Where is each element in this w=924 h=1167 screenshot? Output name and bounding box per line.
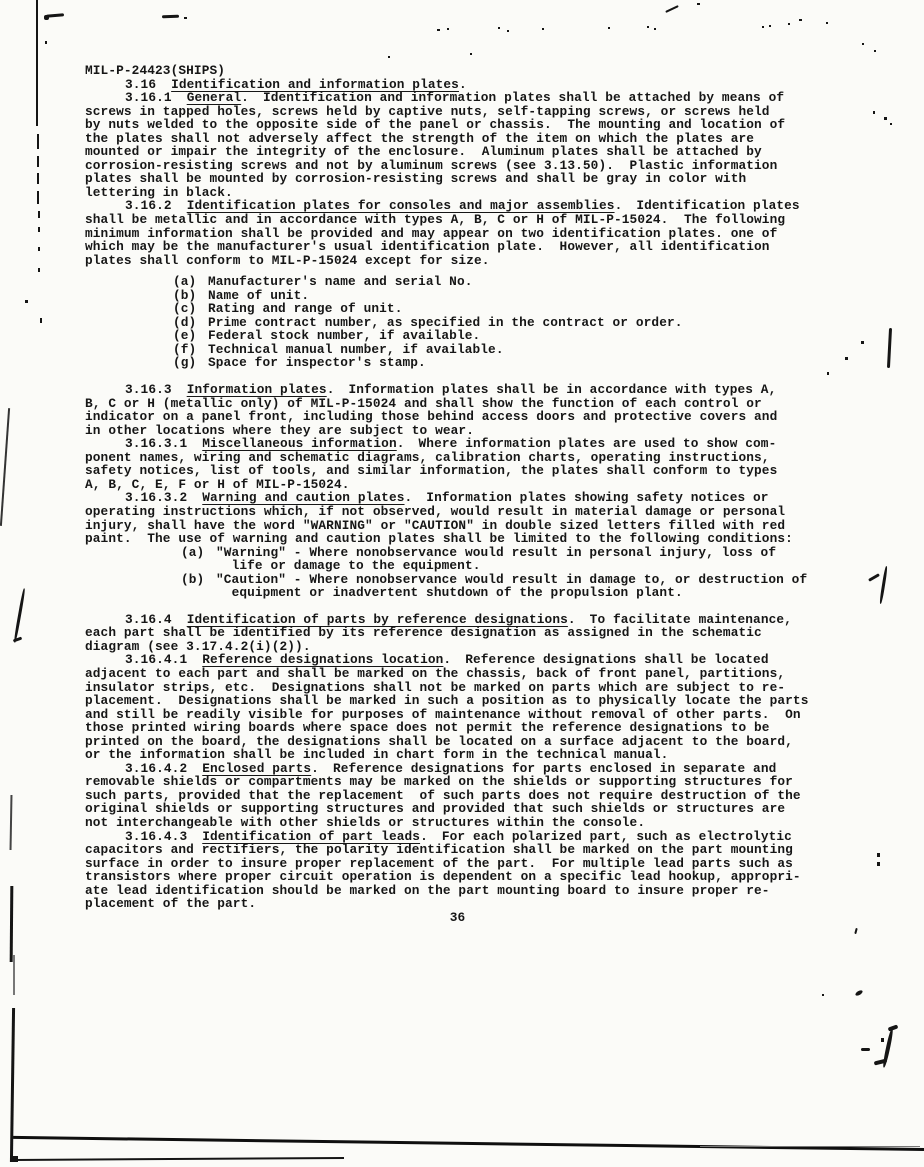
scan-mark: [845, 357, 848, 360]
scan-mark: [881, 1038, 884, 1042]
scan-mark: [647, 26, 649, 28]
scan-mark: [665, 5, 679, 13]
scan-mark: [888, 1024, 899, 1031]
list-item-marker: (d): [173, 316, 208, 330]
scan-mark: [874, 50, 876, 52]
list-item-text: Space for inspector's stamp.: [208, 356, 426, 370]
scan-mark: [854, 928, 857, 934]
scan-mark: [25, 300, 28, 303]
list-item: (b)"Caution" - Where nonobservance would…: [181, 573, 830, 600]
section-heading-3-16: 3.16Identification and information plate…: [85, 78, 830, 92]
scan-mark: [654, 28, 656, 30]
scan-mark: [697, 3, 700, 5]
list-item: (a)"Warning" - Where nonobservance would…: [181, 546, 830, 573]
scan-mark: [10, 1008, 15, 1162]
scan-mark: [799, 19, 802, 21]
scan-mark: [769, 25, 771, 27]
scan-mark: [44, 15, 49, 20]
list-item-marker: (b): [173, 289, 208, 303]
list-item-marker: (a): [181, 546, 216, 573]
scan-mark: [10, 886, 14, 962]
list-item-text: Name of unit.: [208, 289, 309, 303]
scanned-page: { "doc": { "header": "MIL-P-24423(SHIPS)…: [0, 0, 924, 1167]
para-3-16-4-1: 3.16.4.1Reference designations location.…: [85, 653, 830, 761]
list-item-marker: (f): [173, 343, 208, 357]
scan-mark: [40, 318, 42, 323]
scan-mark: [14, 1157, 344, 1161]
para-3-16-4-2: 3.16.4.2Enclosed parts.Reference designa…: [85, 762, 830, 830]
scan-mark: [46, 13, 64, 18]
list-item-marker: (c): [173, 302, 208, 316]
scan-mark: [37, 156, 39, 167]
scan-mark: [162, 15, 179, 18]
doc-id-header: MIL-P-24423(SHIPS): [85, 64, 830, 78]
scan-mark: [879, 566, 888, 604]
list-item: (e)Federal stock number, if available.: [173, 329, 830, 343]
scan-mark: [13, 1136, 924, 1151]
para-text: Information plates showing safety notice…: [85, 490, 793, 546]
scan-mark: [38, 227, 40, 232]
list-item-marker: (e): [173, 329, 208, 343]
list-item: (d)Prime contract number, as specified i…: [173, 316, 830, 330]
para-text: Reference designations shall be located …: [85, 652, 808, 762]
para-text: Where information plates are used to sho…: [85, 436, 777, 492]
scan-mark: [887, 328, 892, 368]
list-item-marker: (b): [181, 573, 216, 600]
document-body: MIL-P-24423(SHIPS) 3.16Identification an…: [85, 64, 830, 924]
list-item-text: Technical manual number, if available.: [208, 343, 504, 357]
scan-mark: [0, 408, 10, 526]
scan-mark: [826, 22, 828, 24]
scan-mark: [38, 268, 40, 272]
list-item-text: Prime contract number, as specified in t…: [208, 316, 683, 330]
list-item-marker: (a): [173, 275, 208, 289]
scan-mark: [873, 111, 875, 114]
para-text: Identification and information plates sh…: [85, 90, 785, 200]
para-text: For each polarized part, such as electro…: [85, 829, 801, 912]
scan-mark: [38, 247, 40, 251]
scan-mark: [37, 191, 39, 204]
scan-mark: [788, 23, 790, 25]
scan-mark: [762, 26, 764, 28]
scan-mark: [700, 1146, 920, 1147]
list-item-text: Federal stock number, if available.: [208, 329, 480, 343]
scan-mark: [13, 955, 15, 995]
scan-mark: [507, 30, 509, 32]
scan-mark: [36, 0, 38, 126]
scan-mark: [877, 862, 880, 866]
para-3-16-2: 3.16.2Identification plates for consoles…: [85, 199, 830, 267]
scan-mark: [877, 853, 880, 857]
scan-mark: [861, 341, 864, 344]
list-item-text: "Caution" - Where nonobservance would re…: [216, 573, 807, 600]
scan-mark: [184, 17, 187, 19]
scan-mark: [855, 989, 864, 996]
list-item-text: Rating and range of unit.: [208, 302, 402, 316]
scan-mark: [10, 795, 12, 850]
scan-mark: [13, 588, 26, 643]
scan-mark: [884, 117, 887, 120]
scan-mark: [447, 28, 449, 30]
para-text: Reference designations for parts enclose…: [85, 761, 801, 830]
scan-mark: [437, 29, 440, 31]
page-number: 36: [85, 911, 830, 925]
scan-mark: [890, 123, 892, 125]
scan-mark: [45, 41, 47, 44]
scan-mark: [608, 27, 610, 29]
list-item: (c)Rating and range of unit.: [173, 302, 830, 316]
scan-mark: [37, 173, 39, 184]
list-item-text: "Warning" - Where nonobservance would re…: [216, 546, 776, 573]
scan-mark: [12, 1156, 18, 1162]
scan-mark: [542, 28, 544, 30]
scan-mark: [868, 573, 880, 582]
para-3-16-3: 3.16.3Information plates.Information pla…: [85, 383, 830, 437]
para-3-16-4-3: 3.16.4.3Identification of part leads.For…: [85, 830, 830, 911]
list-item: (b)Name of unit.: [173, 289, 830, 303]
scan-mark: [874, 1058, 888, 1065]
para-3-16-1: 3.16.1General.Identification and informa…: [85, 91, 830, 199]
scan-mark: [822, 994, 824, 996]
list-item: (g)Space for inspector's stamp.: [173, 356, 830, 370]
list-item: (f)Technical manual number, if available…: [173, 343, 830, 357]
list-item-marker: (g): [173, 356, 208, 370]
scan-mark: [38, 211, 40, 218]
scan-mark: [13, 637, 22, 643]
list-item-text: Manufacturer's name and serial No.: [208, 275, 473, 289]
para-3-16-3-2: 3.16.3.2Warning and caution plates.Infor…: [85, 491, 830, 545]
scan-mark: [37, 134, 39, 149]
identification-plate-info-list: (a)Manufacturer's name and serial No. (b…: [173, 275, 830, 370]
scan-mark: [470, 53, 472, 55]
scan-mark: [861, 1048, 870, 1051]
scan-mark: [498, 27, 500, 29]
scan-mark: [862, 43, 864, 45]
list-item: (a)Manufacturer's name and serial No.: [173, 275, 830, 289]
scan-mark: [388, 56, 390, 58]
warning-caution-conditions-list: (a)"Warning" - Where nonobservance would…: [181, 546, 830, 600]
para-3-16-3-1: 3.16.3.1Miscellaneous information.Where …: [85, 437, 830, 491]
scan-mark: [882, 1028, 894, 1068]
para-3-16-4: 3.16.4Identification of parts by referen…: [85, 613, 830, 654]
